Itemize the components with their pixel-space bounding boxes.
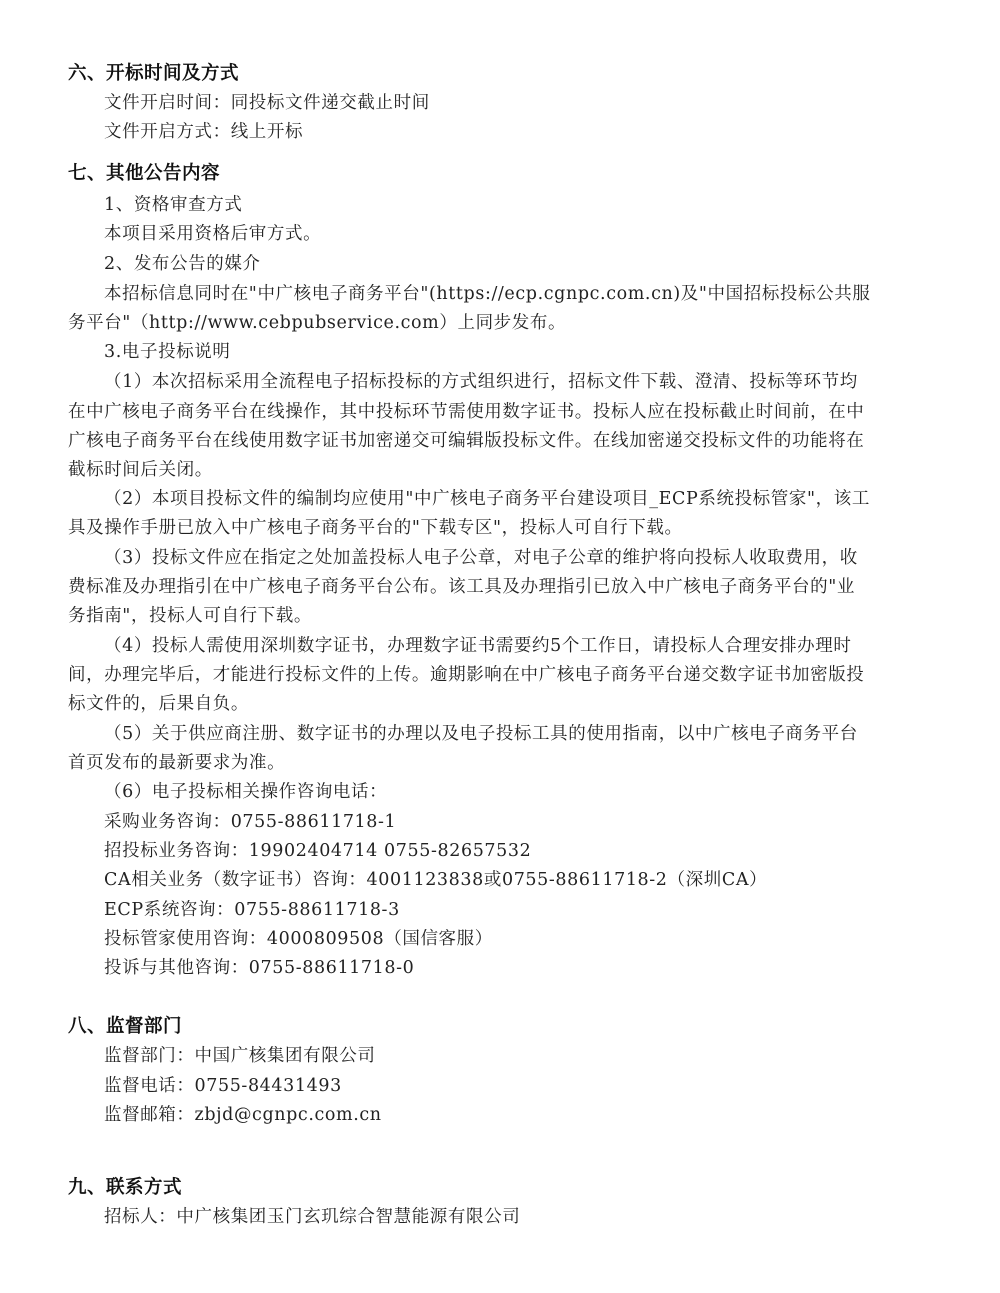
contact-ca: CA相关业务（数字证书）咨询：4001123838或0755-88611718-… (104, 868, 767, 892)
e-bidding-item2-line1: （2）本项目投标文件的编制均应使用"中广核电子商务平台建设项目_ECP系统投标管… (104, 487, 870, 511)
document-page: 六、开标时间及方式 文件开启时间：同投标文件递交截止时间 文件开启方式：线上开标… (0, 0, 1000, 1293)
e-bidding-item4-line2: 间，办理完毕后，才能进行投标文件的上传。逾期影响在中广核电子商务平台递交数字证书… (68, 663, 864, 687)
contact-ecp: ECP系统咨询：0755-88611718-3 (104, 898, 400, 922)
e-bidding-item1-line1: （1）本次招标采用全流程电子招标投标的方式组织进行，招标文件下载、澄清、投标等环… (104, 370, 858, 394)
e-bidding-item3-line2: 费标准及办理指引在中广核电子商务平台公布。该工具及办理指引已放入中广核电子商务平… (68, 575, 855, 599)
publication-media-text-line2: 务平台"（http://www.cebpubservice.com）上同步发布。 (68, 311, 566, 335)
section-heading-bid-opening: 六、开标时间及方式 (68, 62, 239, 86)
e-bidding-title: 3.电子投标说明 (104, 340, 231, 364)
contact-complaints: 投诉与其他咨询：0755-88611718-0 (104, 956, 414, 980)
e-bidding-item1-line3: 广核电子商务平台在线使用数字证书加密递交可编辑版投标文件。在线加密递交投标文件的… (68, 429, 864, 453)
bid-opening-time: 文件开启时间：同投标文件递交截止时间 (104, 91, 430, 115)
tenderer: 招标人：中广核集团玉门玄玑综合智慧能源有限公司 (104, 1205, 520, 1229)
supervision-phone: 监督电话：0755-84431493 (104, 1074, 342, 1098)
section-heading-contact: 九、联系方式 (68, 1176, 182, 1200)
e-bidding-item3-line3: 务指南"，投标人可自行下载。 (68, 604, 312, 628)
e-bidding-item5-line1: （5）关于供应商注册、数字证书的办理以及电子投标工具的使用指南，以中广核电子商务… (104, 722, 858, 746)
e-bidding-item4-line3: 标文件的，后果自负。 (68, 692, 249, 716)
qualification-review-title: 1、资格审查方式 (104, 193, 242, 217)
bid-opening-method: 文件开启方式：线上开标 (104, 120, 303, 144)
e-bidding-item1-line2: 在中广核电子商务平台在线操作，其中投标环节需使用数字证书。投标人应在投标截止时间… (68, 400, 864, 424)
e-bidding-item4-line1: （4）投标人需使用深圳数字证书，办理数字证书需要约5个工作日，请投标人合理安排办… (104, 634, 851, 658)
e-bidding-item1-line4: 截标时间后关闭。 (68, 458, 213, 482)
e-bidding-item5-line2: 首页发布的最新要求为准。 (68, 751, 285, 775)
e-bidding-item2-line2: 具及操作手册已放入中广核电子商务平台的"下载专区"，投标人可自行下载。 (68, 516, 683, 540)
section-heading-other-notices: 七、其他公告内容 (68, 162, 220, 186)
supervision-email: 监督邮箱：zbjd@cgnpc.com.cn (104, 1103, 382, 1127)
publication-media-text-line1: 本招标信息同时在"中广核电子商务平台"(https://ecp.cgnpc.co… (104, 282, 870, 306)
e-bidding-item6-title: （6）电子投标相关操作咨询电话： (104, 780, 387, 804)
contact-bidding: 招投标业务咨询：19902404714 0755-82657532 (104, 839, 531, 863)
section-heading-supervision: 八、监督部门 (68, 1015, 182, 1039)
e-bidding-item3-line1: （3）投标文件应在指定之处加盖投标人电子公章，对电子公章的维护将向投标人收取费用… (104, 546, 858, 570)
qualification-review-text: 本项目采用资格后审方式。 (104, 222, 321, 246)
publication-media-title: 2、发布公告的媒介 (104, 252, 261, 276)
supervision-department: 监督部门：中国广核集团有限公司 (104, 1044, 376, 1068)
contact-procurement: 采购业务咨询：0755-88611718-1 (104, 810, 396, 834)
contact-bid-manager: 投标管家使用咨询：4000809508（国信客服） (104, 927, 493, 951)
